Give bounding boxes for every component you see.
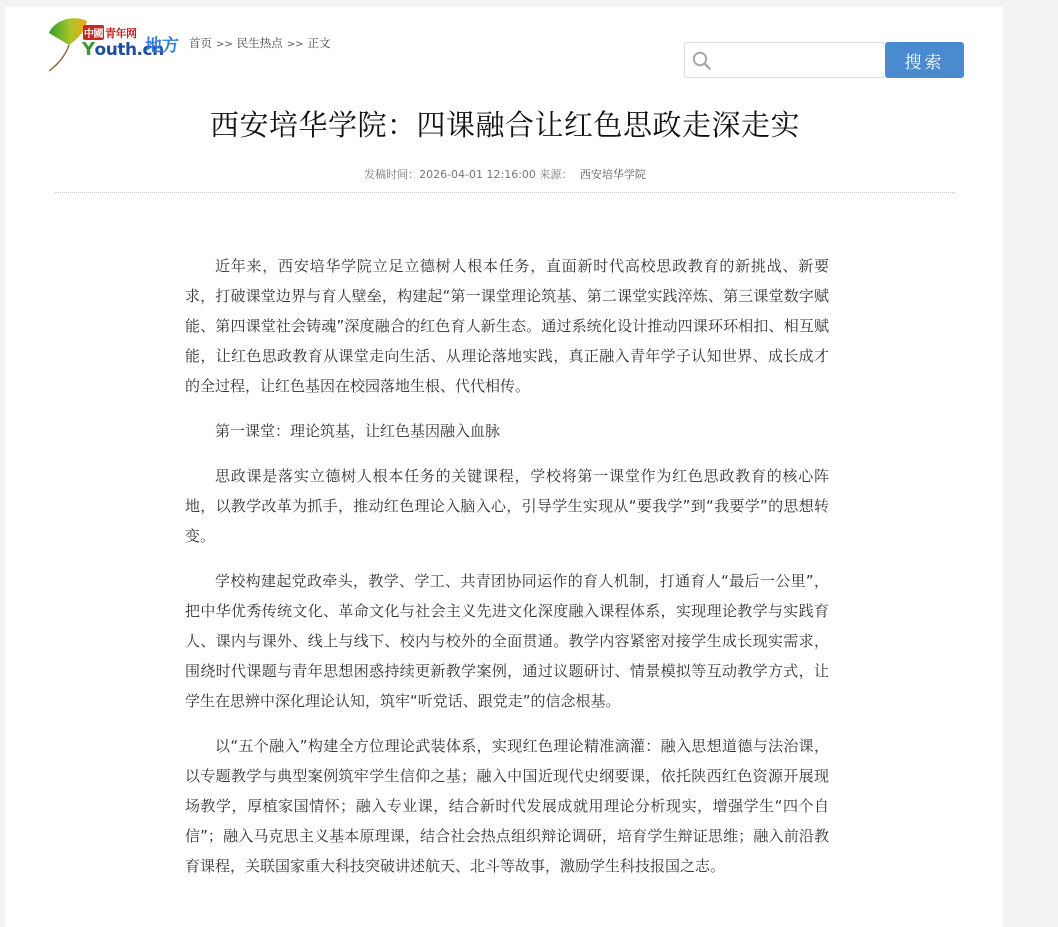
search-icon (692, 51, 712, 71)
article-body: 近年来，西安培华学院立足立德树人根本任务，直面新时代高校思政教育的新挑战、新要求… (185, 251, 829, 896)
article-meta: 发稿时间：2026-04-01 12:16:00 来源： 西安培华学院 (5, 166, 1005, 182)
breadcrumb-home[interactable]: 首页 (189, 36, 212, 50)
breadcrumb-separator: >> (216, 39, 233, 50)
source-label: 来源： (539, 168, 572, 181)
section-heading: 第一课堂：理论筑基，让红色基因融入血脉 (185, 416, 829, 446)
breadcrumb-minsheng[interactable]: 民生热点 (237, 36, 283, 50)
breadcrumb-separator: >> (287, 39, 304, 50)
search-button[interactable]: 搜索 (885, 42, 964, 78)
search-input[interactable] (719, 47, 883, 75)
breadcrumb: 首页>>民生热点>>正文 (189, 35, 331, 51)
youth-cn-logo[interactable]: 中國青年网 Youth.cn (45, 15, 141, 73)
page-container: 中國青年网 Youth.cn 地方 首页>>民生热点>>正文 搜索 西安培华学院… (5, 7, 1003, 916)
published-time: 2026-04-01 12:16:00 (419, 168, 536, 181)
header-divider (55, 192, 955, 193)
search-field[interactable] (684, 42, 885, 78)
paragraph: 思政课是落实立德树人根本任务的关键课程，学校将第一课堂作为红色思政教育的核心阵地… (185, 461, 829, 551)
section-name[interactable]: 地方 (145, 31, 179, 56)
breadcrumb-current: 正文 (308, 36, 331, 50)
paragraph: 学校构建起党政牵头，教学、学工、共青团协同运作的育人机制，打通育人“最后一公里”… (185, 566, 829, 716)
article-title: 西安培华学院：四课融合让红色思政走深走实 (5, 103, 1005, 144)
published-label: 发稿时间： (364, 168, 419, 181)
paragraph: 近年来，西安培华学院立足立德树人根本任务，直面新时代高校思政教育的新挑战、新要求… (185, 251, 829, 401)
source-name: 西安培华学院 (580, 168, 646, 181)
paragraph: 以“五个融入”构建全方位理论武装体系，实现红色理论精准滴灌：融入思想道德与法治课… (185, 731, 829, 881)
search-bar: 搜索 (684, 42, 964, 78)
